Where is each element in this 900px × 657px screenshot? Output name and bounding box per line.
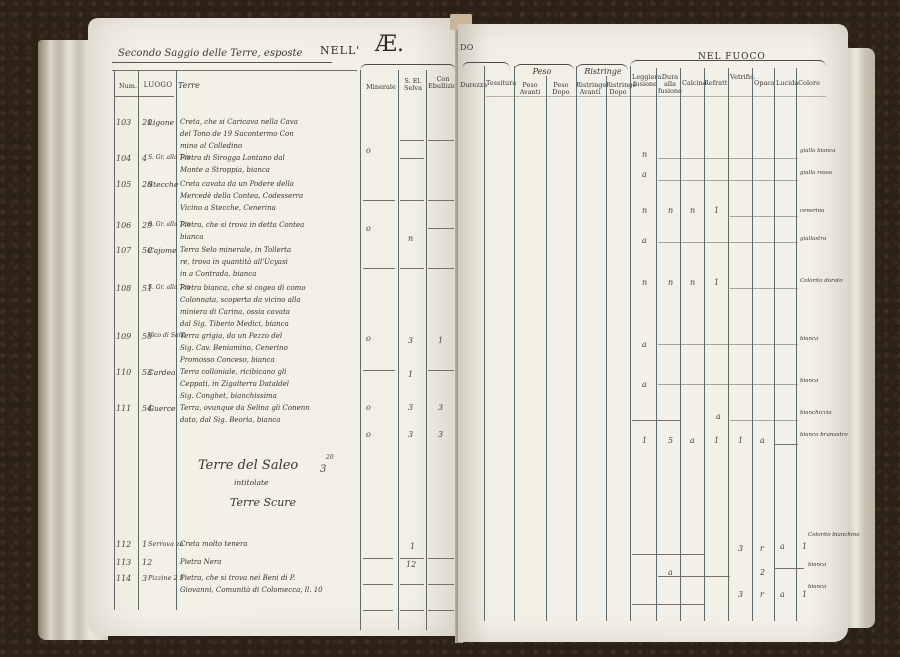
- handwritten-text: o: [366, 430, 371, 439]
- open-ledger-book: Secondo Saggio delle Terre, esposte NELL…: [30, 18, 875, 640]
- handwritten-text: n: [668, 206, 673, 215]
- handwritten-text: Pietra, che si trova nei Beni di P.: [180, 574, 358, 582]
- handwritten-text: 1: [438, 336, 443, 345]
- rule: [546, 76, 547, 621]
- rule: [363, 584, 393, 585]
- col-colore: Colore: [798, 80, 820, 87]
- rule: [363, 200, 395, 201]
- handwritten-text: Mercedè della Contea, Codesserra: [180, 192, 358, 200]
- handwritten-text: 1: [410, 542, 415, 551]
- handwritten-text: 114: [116, 574, 131, 583]
- handwritten-text: Ligone: [148, 118, 174, 127]
- handwritten-text: 1: [714, 436, 719, 445]
- handwritten-text: Terre Scure: [230, 496, 296, 509]
- handwritten-text: a: [642, 340, 647, 349]
- rule: [606, 76, 607, 621]
- right-page: DO NEL FUOCO Durezza Tessitura Peso Peso…: [458, 24, 848, 642]
- col-luogo: LUOGO: [140, 82, 176, 89]
- handwritten-text: Vicino a Stecche, Cenerina: [180, 204, 358, 212]
- handwritten-text: giallastra: [800, 236, 826, 242]
- rule: [774, 444, 798, 445]
- rule: [426, 70, 427, 630]
- handwritten-text: in a Contrada, bianca: [180, 270, 358, 278]
- handwritten-text: 3: [408, 403, 413, 412]
- handwritten-text: o: [366, 224, 371, 233]
- col-vetrificata: Vetrific.: [730, 74, 752, 81]
- header-top-rule: [112, 70, 357, 71]
- rule: [774, 568, 804, 569]
- heading-ae-symbol: Æ.: [375, 32, 404, 57]
- handwritten-text: Pietra Nera: [180, 558, 358, 566]
- rule: [428, 610, 454, 611]
- handwritten-text: 106: [116, 221, 131, 230]
- handwritten-text: 103: [116, 118, 131, 127]
- rule: [400, 200, 424, 201]
- handwritten-text: 105: [116, 180, 131, 189]
- handwritten-text: Creta molto tenera: [180, 540, 358, 548]
- running-title: Secondo Saggio delle Terre, esposte: [118, 48, 302, 59]
- rule: [658, 576, 730, 577]
- handwritten-text: cenerina: [800, 208, 824, 214]
- col-ristringe-avanti: Ristringe Avanti: [576, 82, 604, 96]
- handwritten-text: a: [780, 590, 785, 599]
- rule: [656, 68, 657, 621]
- handwritten-text: 1: [738, 436, 743, 445]
- handwritten-text: Terra colloniale, ricibicano gli: [180, 368, 358, 376]
- rule: [428, 140, 454, 141]
- col-group-ristringe: Ristringe: [580, 68, 626, 75]
- handwritten-text: Ceppati, in Zigalterra Dataldel: [180, 380, 358, 388]
- heading-nell-cont: DO: [460, 44, 474, 51]
- rule: [363, 558, 393, 559]
- handwritten-text: Sig. Cav. Beniamino, Cenerino: [180, 344, 358, 352]
- handwritten-text: 112: [116, 540, 131, 549]
- handwritten-text: Guerce: [148, 404, 175, 413]
- rule: [428, 200, 454, 201]
- handwritten-text: n: [690, 206, 695, 215]
- handwritten-text: 108: [116, 284, 131, 293]
- rule: [630, 66, 631, 621]
- handwritten-text: a: [642, 170, 647, 179]
- handwritten-text: 5: [668, 436, 673, 445]
- handwritten-text: Cajome: [148, 246, 177, 255]
- handwritten-text: dal Sig. Tiberio Medici, bianca: [180, 320, 358, 328]
- handwritten-text: Pietra bianca, che si cogea di como: [180, 284, 358, 292]
- col-lucida: Lucida: [776, 80, 796, 87]
- handwritten-text: Colorito bianchino: [808, 532, 860, 538]
- handwritten-text: del Tono de 19 Sucontermo Con: [180, 130, 358, 138]
- handwritten-text: Stecche: [148, 180, 178, 189]
- handwritten-text: n: [690, 278, 695, 287]
- handwritten-text: a: [690, 436, 695, 445]
- rule: [658, 344, 798, 345]
- handwritten-text: a: [642, 236, 647, 245]
- header-brace: [360, 64, 456, 71]
- rule: [658, 158, 798, 159]
- col-dura-fusione: Dura alla fusione: [658, 74, 682, 95]
- col-selva: S. El. Selva: [400, 78, 426, 92]
- handwritten-text: 109: [116, 332, 131, 341]
- handwritten-text: 3: [408, 430, 413, 439]
- rule: [632, 604, 704, 605]
- rule: [428, 228, 454, 229]
- rule: [428, 584, 454, 585]
- handwritten-text: 3: [438, 430, 443, 439]
- col-refrattaria: Refratt.: [704, 80, 728, 87]
- header-bottom-rule: [114, 96, 174, 97]
- rule: [658, 242, 798, 243]
- handwritten-text: Pizzine 2 5: [148, 574, 184, 582]
- handwritten-text: 111: [116, 404, 131, 413]
- handwritten-text: Creta, che si Caricava nella Cava: [180, 118, 358, 126]
- col-peso-avanti: Peso Avanti: [516, 82, 544, 96]
- col-calcina: Calcina: [682, 80, 704, 87]
- handwritten-text: o: [366, 403, 371, 412]
- rule: [730, 288, 798, 289]
- handwritten-text: 3: [320, 464, 326, 475]
- rule: [730, 216, 798, 217]
- title-underline: [112, 62, 332, 63]
- col-durezza: Durezza: [460, 82, 484, 89]
- rule: [658, 384, 798, 385]
- handwritten-text: 3: [738, 590, 743, 599]
- handwritten-text: o: [366, 334, 371, 343]
- handwritten-text: bianca: [808, 584, 826, 590]
- handwritten-text: n: [642, 278, 647, 287]
- rule: [400, 558, 424, 559]
- rule: [658, 180, 798, 181]
- rule: [400, 268, 424, 269]
- handwritten-text: 3: [142, 574, 147, 583]
- handwritten-text: r: [760, 544, 764, 553]
- handwritten-text: 1: [408, 370, 413, 379]
- col-ristringe-dopo: Ristringe Dopo: [606, 82, 630, 96]
- handwritten-text: a: [642, 380, 647, 389]
- handwritten-text: 1: [802, 590, 807, 599]
- rule: [576, 66, 577, 621]
- handwritten-text: Pietra, che si trova in detta Contea: [180, 221, 358, 229]
- handwritten-text: Monte a Stroppia, bianca: [180, 166, 358, 174]
- handwritten-text: 1: [714, 206, 719, 215]
- handwritten-text: n: [642, 150, 647, 159]
- handwritten-text: 104: [116, 154, 131, 163]
- handwritten-text: 107: [116, 246, 131, 255]
- handwritten-text: a: [716, 412, 721, 421]
- rule: [484, 66, 485, 621]
- col-opaca: Opaca: [754, 80, 774, 87]
- col-group-peso: Peso: [522, 68, 562, 75]
- rule: [114, 70, 115, 610]
- handwritten-text: Terre del Saleo: [198, 458, 298, 473]
- rule: [360, 70, 361, 630]
- col-peso-dopo: Peso Dopo: [548, 82, 574, 96]
- col-minerale: Minerale: [364, 84, 398, 91]
- handwritten-text: Terra grigia, da un Pezzo del: [180, 332, 358, 340]
- handwritten-text: Serrova za: [148, 540, 183, 548]
- header-brace-fuoco: [630, 60, 826, 67]
- handwritten-text: o: [366, 146, 371, 155]
- handwritten-text: 2: [760, 568, 765, 577]
- handwritten-text: 3: [738, 544, 743, 553]
- rule: [730, 420, 798, 421]
- handwritten-text: bianca: [800, 336, 818, 342]
- handwritten-text: a: [760, 436, 765, 445]
- rule: [400, 158, 424, 159]
- handwritten-text: miniera di Carina, ossia cavata: [180, 308, 358, 316]
- rule: [398, 70, 399, 630]
- handwritten-text: bianca: [180, 233, 358, 241]
- header-bottom-rule: [486, 96, 826, 97]
- handwritten-text: Colorito dorato: [800, 278, 843, 284]
- heading-nell: NELL': [320, 44, 360, 57]
- handwritten-text: Cardea: [148, 368, 176, 377]
- col-terre: Terre: [178, 82, 218, 89]
- rule: [428, 268, 454, 269]
- handwritten-text: r: [760, 590, 764, 599]
- handwritten-text: 1: [714, 278, 719, 287]
- handwritten-text: Pietra di Sirogga Lontano dal: [180, 154, 358, 162]
- handwritten-text: bianca: [800, 378, 818, 384]
- rule: [428, 558, 454, 559]
- col-num: Num.: [118, 83, 138, 90]
- rule: [363, 370, 395, 371]
- handwritten-text: Giovanni, Comunità di Colomecca, ll. 10: [180, 586, 358, 594]
- rule: [514, 66, 515, 621]
- handwritten-text: Creta cavata da un Podere della: [180, 180, 358, 188]
- handwritten-text: gialla rossa: [800, 170, 832, 176]
- rule: [632, 420, 680, 421]
- rule: [363, 268, 395, 269]
- handwritten-text: 110: [116, 368, 131, 377]
- handwritten-text: 1: [142, 540, 147, 549]
- handwritten-text: 3: [408, 336, 413, 345]
- handwritten-text: n: [642, 206, 647, 215]
- handwritten-text: Sig. Conghet, bianchissima: [180, 392, 358, 400]
- col-leggiera-fusione: Leggiera fusione: [632, 74, 658, 88]
- handwritten-text: a: [780, 542, 785, 551]
- col-tessitura: Tessitura: [486, 80, 514, 87]
- handwritten-text: 12: [406, 560, 416, 569]
- handwritten-text: bianca: [808, 562, 826, 568]
- handwritten-text: 12: [142, 558, 152, 567]
- handwritten-text: 20: [326, 454, 334, 461]
- handwritten-text: intitolate: [234, 478, 269, 487]
- rule: [400, 140, 424, 141]
- handwritten-text: dato, dal Sig. Beoria, bianca: [180, 416, 358, 424]
- left-page: Secondo Saggio delle Terre, esposte NELL…: [88, 18, 468, 636]
- rule: [400, 584, 424, 585]
- handwritten-text: bianco brunastro: [800, 432, 848, 438]
- handwritten-text: re, trova in quantità all'Ucyasi: [180, 258, 358, 266]
- handwritten-text: 113: [116, 558, 131, 567]
- handwritten-text: 1: [642, 436, 647, 445]
- col-ebullizione: Con Ebullizione: [428, 76, 458, 90]
- handwritten-text: 3: [438, 403, 443, 412]
- rule: [363, 610, 393, 611]
- handwritten-text: n: [408, 234, 413, 243]
- handwritten-text: Terra Selo minerale, in Tollerta: [180, 246, 358, 254]
- rule: [138, 70, 139, 610]
- handwritten-text: n: [668, 278, 673, 287]
- handwritten-text: bianchiccia: [800, 410, 832, 416]
- rule: [400, 610, 424, 611]
- handwritten-text: Colonnata, scoperta da vicino alla: [180, 296, 358, 304]
- handwritten-text: mino al Colledino: [180, 142, 358, 150]
- handwritten-text: 4: [142, 154, 147, 163]
- handwritten-text: Promosso Conceso, bianca: [180, 356, 358, 364]
- handwritten-text: Terra, ovunque da Selina gli Conenn: [180, 404, 358, 412]
- handwritten-text: gialla bianca: [800, 148, 836, 154]
- rule: [428, 370, 454, 371]
- rule: [632, 554, 704, 555]
- header-brace: [462, 62, 510, 69]
- rule: [176, 70, 177, 610]
- handwritten-text: 1: [802, 542, 807, 551]
